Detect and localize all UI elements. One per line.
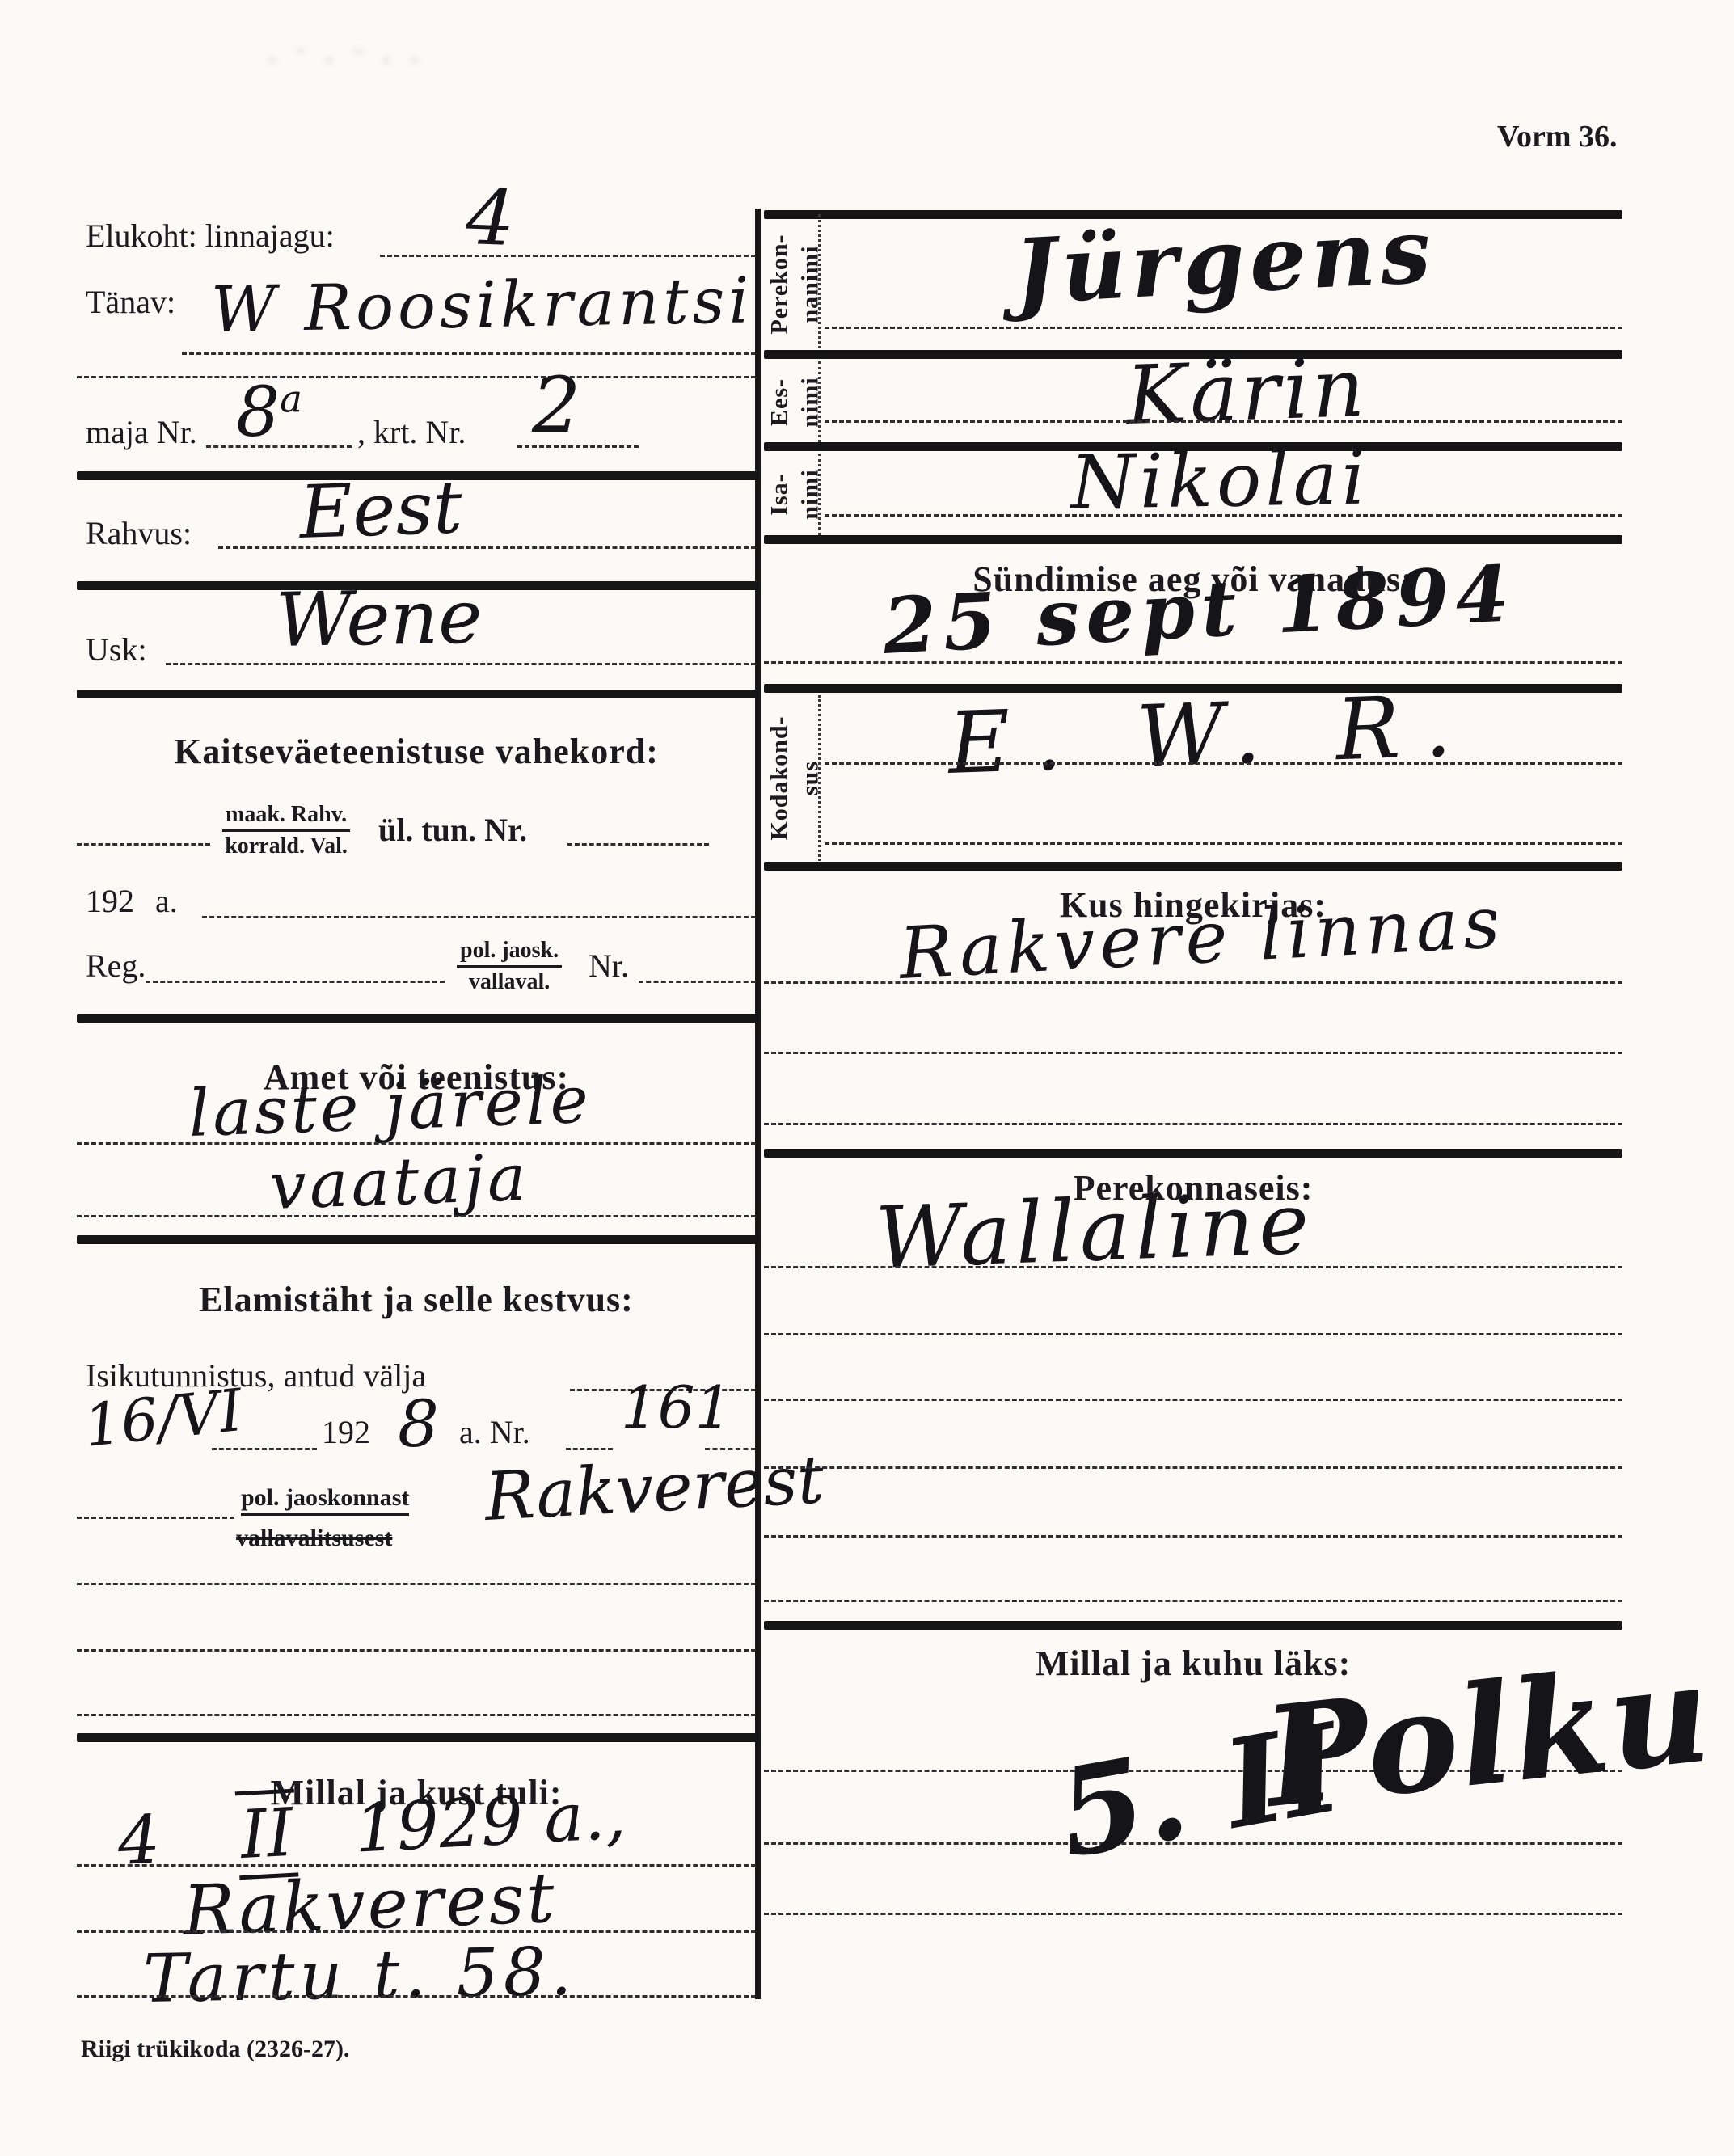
arrival-address-value: Tartu t. 58. [143,1939,577,2013]
section-rule [77,1235,760,1244]
fraction-bottom: korrald. Val. [222,832,350,859]
surname-value: Jürgens [1012,206,1437,317]
nationality-label: Rahvus: [86,517,192,550]
dotted-line [182,352,756,355]
dotted-line [764,1466,1622,1469]
nationality-value: Eest [298,471,463,550]
fraction-top: maak. Rahv. [222,802,350,832]
section-rule [77,1733,760,1742]
label-box-rule [818,454,821,535]
permit-year-digit-value: 8 [398,1392,439,1457]
section-rule [77,1014,760,1023]
fraction-bottom: vallaval. [457,968,562,995]
dotted-line [764,1052,1622,1054]
dotted-line [764,1913,1622,1915]
dotted-line [825,842,1622,845]
religion-value: Wene [275,580,483,658]
arrival-from-value: Rakverest [182,1864,558,1946]
military-authority-fraction: maak. Rahv. korrald. Val. [222,802,350,859]
departure-place-signature: Polku [1259,1643,1717,1827]
dotted-line [764,981,1622,984]
residence-district-value: 4 [465,179,517,258]
section-rule [77,690,760,698]
dotted-line [567,843,709,846]
dotted-line [77,1649,756,1652]
registration-nr-label: Nr. [589,950,629,982]
permit-section-title: Elamistäht ja selle kestvus: [77,1282,756,1318]
residence-district-label: Elukoht: linnajagu: [86,220,335,252]
occupation-value-line1: laste järele [188,1068,593,1146]
surname-label-line1: Perekon- [765,234,795,334]
dotted-line [77,1995,756,1998]
faded-stamp-marks: ·˙·¨·· [267,44,438,77]
permit-nr-label: a. Nr. [459,1416,530,1449]
dotted-line [566,1448,613,1450]
street-label: Tänav: [86,286,175,319]
dotted-line [77,1930,756,1933]
dotted-line [380,255,756,257]
dotted-line [77,1517,234,1519]
issuer-place-value: Rakverest [483,1447,826,1531]
section-rule [764,1149,1622,1158]
dotted-line [764,661,1622,664]
house-number-value: 8a [236,378,302,447]
dotted-line [825,327,1622,329]
dotted-line [825,420,1622,423]
registration-office-fraction: pol. jaosk. vallaval. [457,938,562,995]
citizenship-value: E. W. R. [947,683,1476,787]
citizenship-label: Kodakond-sus [766,695,823,861]
arrival-date-year: 1929 a., [352,1777,627,1867]
section-rule [764,1621,1622,1630]
house-number-digit: 8 [236,373,280,453]
dotted-line [77,1583,756,1585]
arrival-date-day: 4 [116,1801,162,1880]
fathername-label: Isa-nimi [766,454,823,535]
dotted-line [166,663,756,665]
fraction-top: pol. jaosk. [457,938,562,968]
dotted-line [764,1399,1622,1401]
section-rule [764,862,1622,871]
fathername-label-line1: Isa- [764,469,795,519]
citizenship-label-line1: Kodakond- [765,715,795,840]
dotted-line [218,546,756,549]
firstname-label: Ees-nimi [766,361,823,442]
dotted-line [77,1714,756,1716]
issuer-police-district-label: pol. jaoskonnast [241,1486,409,1516]
printer-imprint: Riigi trükikoda (2326-27). [81,2037,350,2061]
occupation-value-line2: vaataja [268,1146,530,1219]
dotted-line [202,916,756,918]
dotted-line [825,514,1622,517]
form-number: Vorm 36. [1497,121,1617,152]
military-year-suffix: a. [155,885,178,918]
dotted-line [764,1333,1622,1335]
firstname-label-line1: Ees- [764,377,795,427]
dotted-line [764,1535,1622,1538]
military-certificate-label: ül. tun. Nr. [378,814,527,846]
issuer-parish-label-struck: vallavalitsusest [236,1526,392,1551]
dotted-line [764,1600,1622,1602]
dotted-line [212,1448,317,1450]
dotted-line [825,762,1622,765]
section-rule [764,535,1622,544]
apartment-number-value: 2 [532,368,580,445]
house-number-label: maja Nr. [86,416,197,449]
firstname-value: Kärin [1125,348,1369,437]
dotted-line [77,843,210,846]
dotted-line [77,376,756,378]
dotted-line [764,1123,1622,1125]
fathername-value: Nikolai [1070,441,1369,521]
dotted-line [639,981,756,983]
religion-label: Usk: [86,634,147,666]
military-year-prefix: 192 [86,885,134,918]
permit-issue-date-value: 16/VI [81,1381,245,1455]
label-box-rule [818,214,821,353]
dotted-line [764,1266,1622,1268]
apartment-number-label: , krt. Nr. [357,416,466,449]
dotted-line [146,981,445,983]
surname-label: Perekon-nanimi [766,214,823,353]
house-number-letter: a [280,378,302,422]
permit-year-prefix: 192 [322,1416,370,1449]
label-box-rule [818,695,821,861]
registration-label: Reg. [86,950,146,982]
label-box-rule [818,361,821,442]
permit-nr-value: 161 [621,1378,732,1437]
street-value: W Roosikrantsi [211,269,753,342]
dotted-line [77,1215,756,1217]
military-section-title: Kaitseväeteenistuse vahekord: [77,734,756,770]
